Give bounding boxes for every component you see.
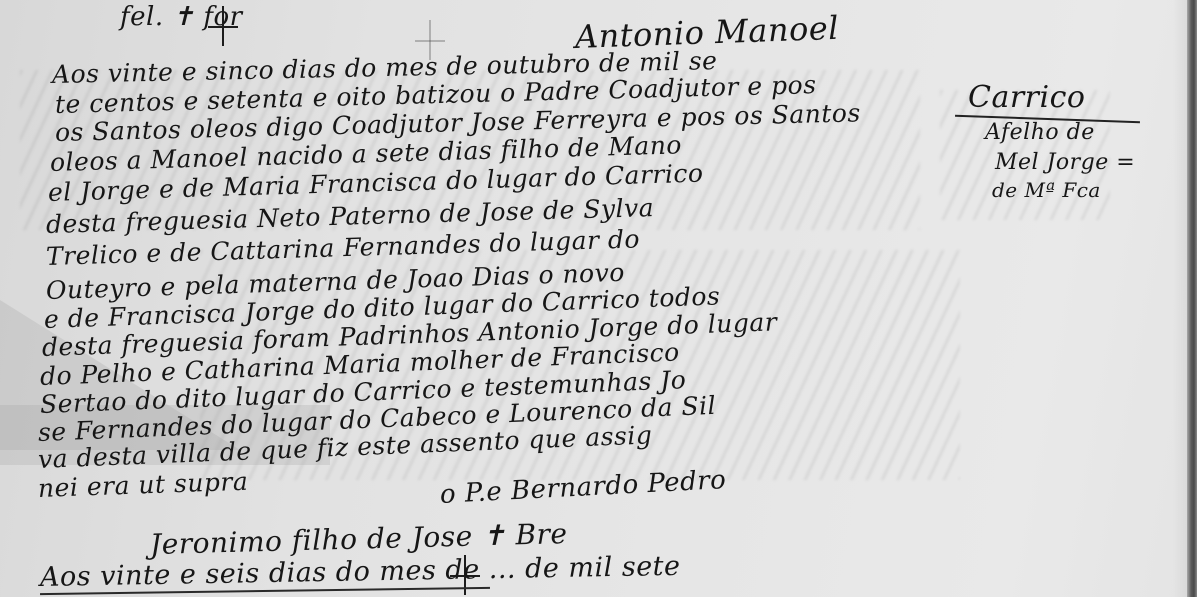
page-gutter-shadow <box>1173 0 1187 597</box>
book-binding-edge <box>1187 0 1197 597</box>
next-entry-first-line: Aos vinte e seis dias do mes de ... de m… <box>40 551 681 593</box>
next-entry: Jeronimo filho de Jose ✝ Bre Aos vinte e… <box>0 0 1197 597</box>
manuscript-page: fel. ✝ for Antonio Manoel Aos vinte e si… <box>0 0 1197 597</box>
